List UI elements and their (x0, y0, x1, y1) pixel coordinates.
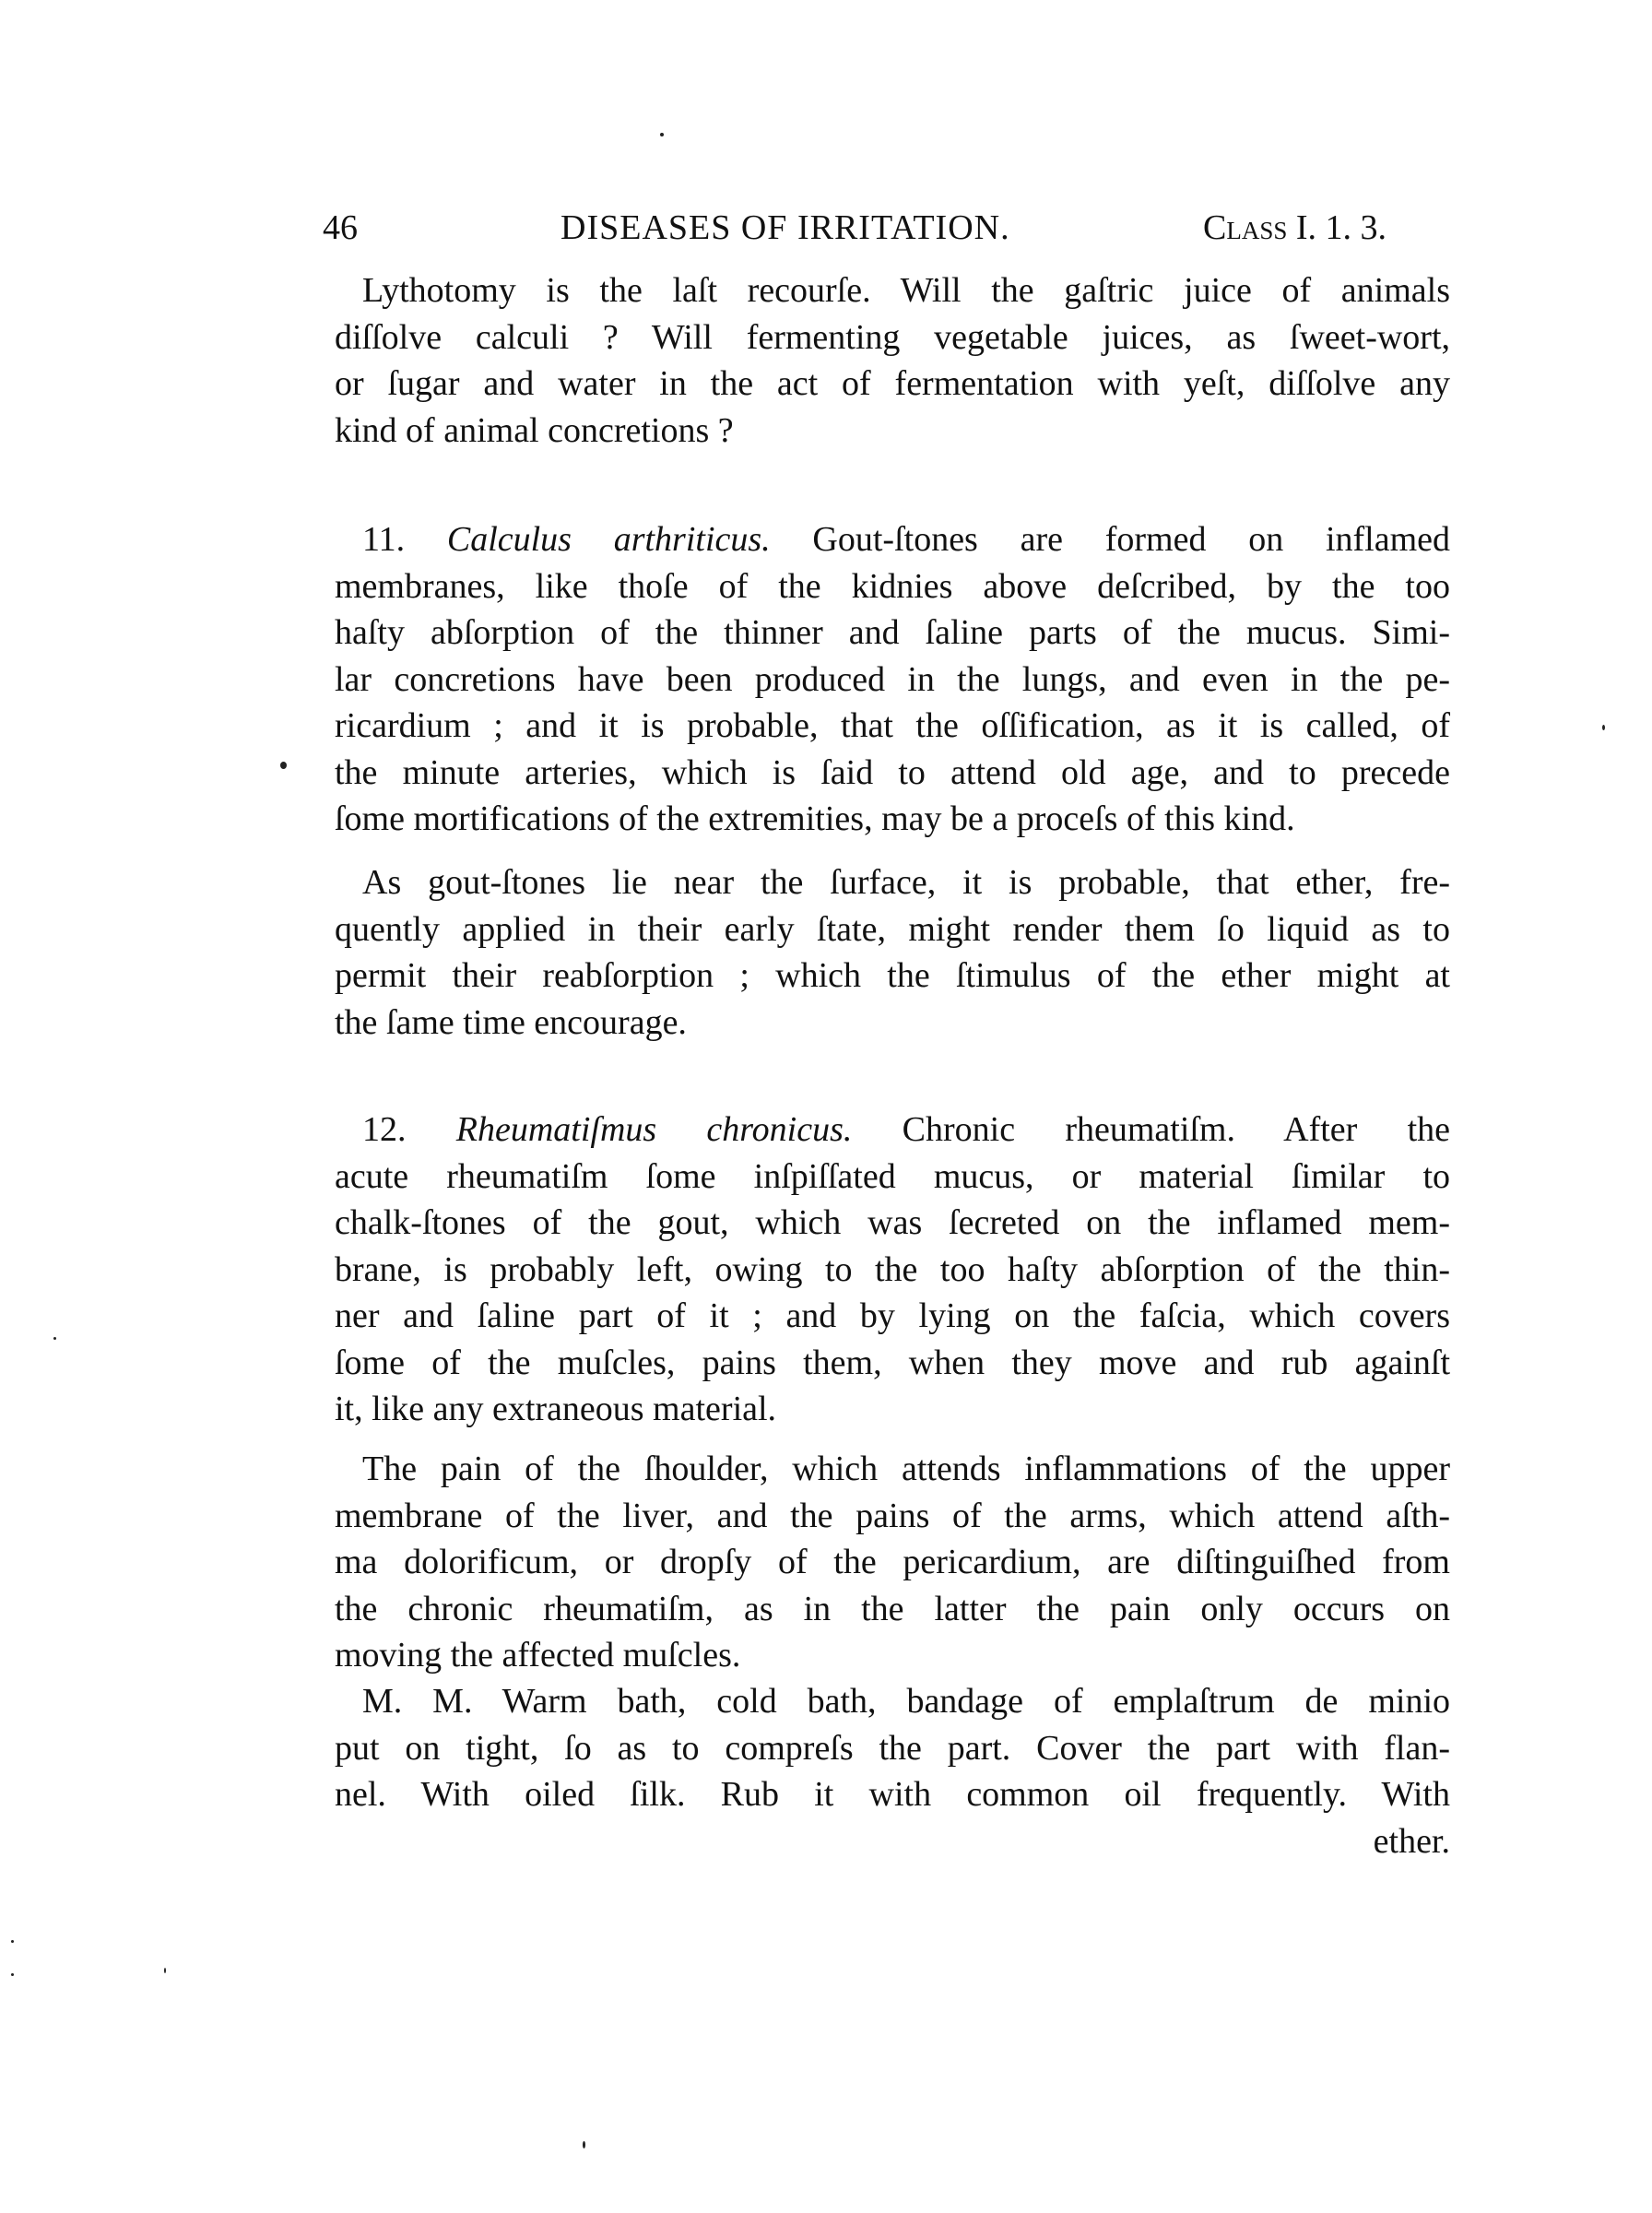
scan-speck (1602, 725, 1605, 730)
scan-speck (11, 1940, 14, 1943)
book-page: 46 DISEASES OF IRRITATION. Class I. 1. 3… (0, 0, 1652, 2213)
text-fragment: Gout-ſtones are formed on inflamed (812, 520, 1450, 559)
text-line: ricardium ; and it is probable, that the… (335, 703, 1450, 750)
text-line: chalk-ſtones of the gout, which was ſecr… (335, 1200, 1450, 1247)
text-line: Lythotomy is the laſt recourſe. Will the… (335, 267, 1450, 314)
text-line: ſome mortifications of the extremities, … (335, 796, 1450, 843)
text-line: 11. Calculus arthriticus. Gout-ſtones ar… (335, 516, 1450, 563)
text-line: acute rheumatiſm ſome inſpiſſated mucus,… (335, 1154, 1450, 1201)
text-line: brane, is probably left, owing to the to… (335, 1247, 1450, 1294)
scan-speck (11, 1973, 14, 1976)
section-number: 11. (362, 520, 405, 559)
text-line: As gout-ſtones lie near the ſurface, it … (335, 859, 1450, 906)
scan-speck (164, 1968, 166, 1973)
text-line: ner and ſaline part of it ; and by lying… (335, 1293, 1450, 1340)
section-term: Rheumatiſmus chronicus. (456, 1110, 853, 1149)
text-line: quently applied in their early ſtate, mi… (335, 906, 1450, 953)
paragraph-shoulder-pain: The pain of the ſhoulder, which attends … (335, 1446, 1450, 1679)
text-line: ma dolorificum, or dropſy of the pericar… (335, 1539, 1450, 1586)
paragraph-materia-medica: M. M. Warm bath, cold bath, bandage of e… (335, 1678, 1450, 1864)
page-number: 46 (323, 205, 358, 251)
class-reference: Class I. 1. 3. (1203, 205, 1386, 251)
text-line: moving the affected muſcles. (335, 1632, 1450, 1679)
text-line: or ſugar and water in the act of ferment… (335, 361, 1450, 408)
text-line: kind of animal concretions ? (335, 408, 1450, 455)
text-line: The pain of the ſhoulder, which attends … (335, 1446, 1450, 1493)
running-header: 46 DISEASES OF IRRITATION. Class I. 1. 3… (323, 205, 1475, 251)
scan-speck (660, 133, 664, 136)
text-line: haſty abſorption of the thinner and ſali… (335, 609, 1450, 657)
paragraph-calculus-arthriticus: 11. Calculus arthriticus. Gout-ſtones ar… (335, 516, 1450, 843)
text-line: permit their reabſorption ; which the ſt… (335, 953, 1450, 1000)
text-line: 12. Rheumatiſmus chronicus. Chronic rheu… (335, 1106, 1450, 1154)
text-line: the chronic rheumatiſm, as in the latter… (335, 1586, 1450, 1633)
text-line: the ſame time encourage. (335, 1000, 1450, 1047)
section-term: Calculus arthriticus. (447, 520, 771, 559)
catchword: ether. (335, 1818, 1450, 1865)
paragraph-lithotomy: Lythotomy is the laſt recourſe. Will the… (335, 267, 1450, 454)
paragraph-gout-stones-ether: As gout-ſtones lie near the ſurface, it … (335, 859, 1450, 1046)
text-line: the minute arteries, which is ſaid to at… (335, 750, 1450, 797)
section-number: 12. (362, 1110, 407, 1149)
text-line: put on tight, ſo as to compreſs the part… (335, 1725, 1450, 1772)
paragraph-rheumatismus-chronicus: 12. Rheumatiſmus chronicus. Chronic rheu… (335, 1106, 1450, 1433)
text-line: M. M. Warm bath, cold bath, bandage of e… (335, 1678, 1450, 1725)
text-line: membranes, like thoſe of the kidnies abo… (335, 563, 1450, 610)
scan-speck (280, 762, 287, 769)
text-line: membrane of the liver, and the pains of … (335, 1493, 1450, 1540)
text-line: nel. With oiled ſilk. Rub it with common… (335, 1771, 1450, 1818)
text-line: ſome of the muſcles, pains them, when th… (335, 1340, 1450, 1387)
scan-speck (53, 1337, 56, 1340)
running-title: DISEASES OF IRRITATION. (560, 205, 1010, 251)
text-line: diſſolve calculi ? Will fermenting veget… (335, 314, 1450, 361)
scan-speck (583, 2141, 585, 2148)
text-line: it, like any extraneous material. (335, 1386, 1450, 1433)
text-fragment: Chronic rheumatiſm. After the (903, 1110, 1450, 1149)
text-line: lar concretions have been produced in th… (335, 657, 1450, 704)
